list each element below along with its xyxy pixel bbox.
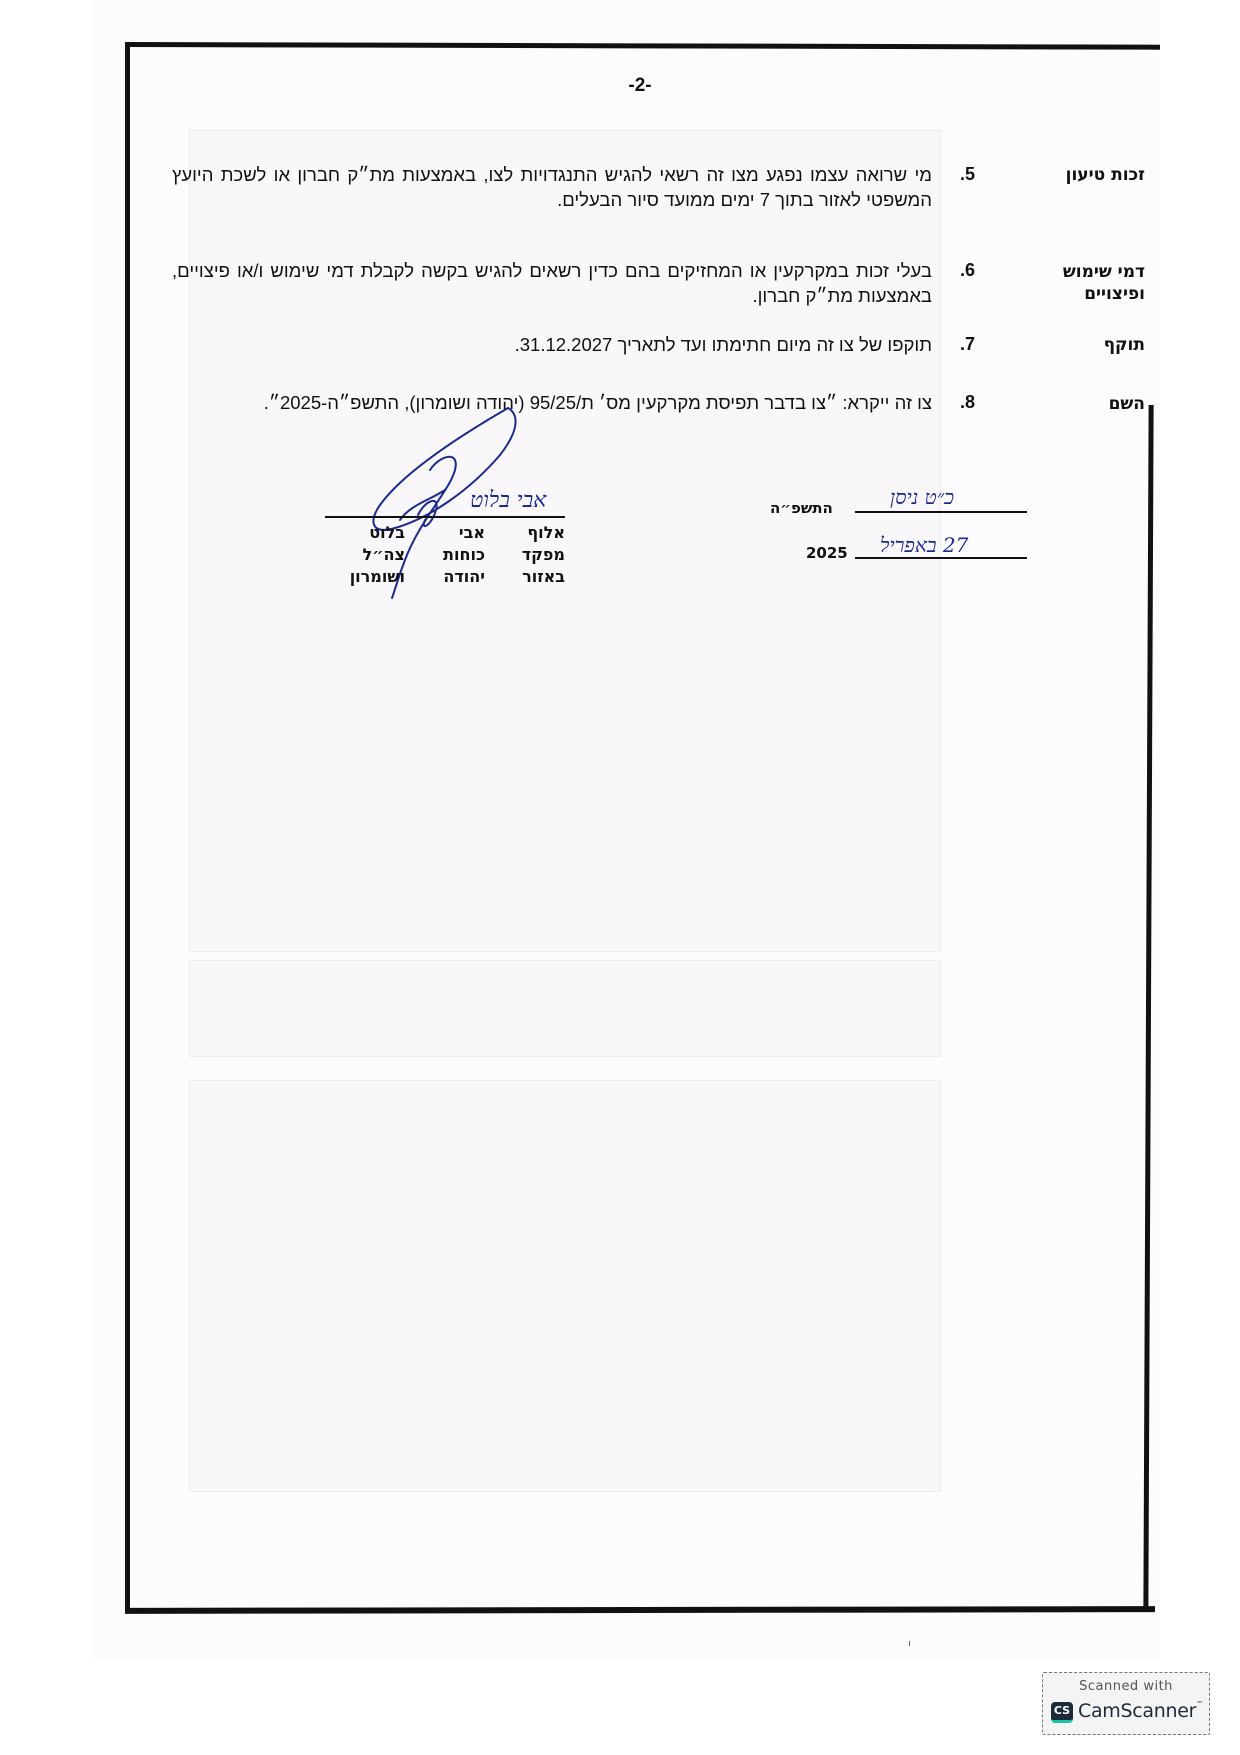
signatory-title: אלוף אבי בלוט מפקד כוחות צה״ל באזור יהוד… (325, 522, 565, 588)
signature-line (325, 516, 565, 518)
watermark-caption: Scanned with (1043, 1679, 1209, 1694)
hebrew-date-line (855, 511, 1027, 513)
hebrew-year-label: התשפ״ה (770, 499, 833, 517)
trademark-mark: ™ (1196, 1700, 1203, 1708)
camscanner-logo-icon: CS (1051, 1702, 1073, 1723)
scan-speck (909, 1641, 910, 1646)
signatory-line: ושומרון (325, 566, 405, 588)
camscanner-watermark: Scanned with CS CamScanner™ (1042, 1672, 1210, 1735)
signatory-line: כוחות (405, 544, 485, 566)
hebrew-date-handwritten: כ״ט ניסן (890, 485, 954, 510)
signature-scribble-icon (0, 0, 1240, 1755)
signatory-line: אבי (405, 522, 485, 544)
signatory-line: בלוט (325, 522, 405, 544)
gregorian-year-label: 2025 (806, 544, 848, 562)
watermark-brand: CamScanner™ (1078, 1700, 1203, 1722)
signature-handwritten-name: אבי בלוט (470, 487, 546, 513)
signatory-line: יהודה (405, 566, 485, 588)
signatory-line: צה״ל (325, 544, 405, 566)
signatory-line: מפקד (485, 544, 565, 566)
brand-name: CamScanner (1078, 1700, 1196, 1722)
signatory-line: באזור (485, 566, 565, 588)
gregorian-date-handwritten: 27 באפריל (880, 533, 968, 558)
signatory-line: אלוף (485, 522, 565, 544)
gregorian-date-line (855, 557, 1027, 559)
